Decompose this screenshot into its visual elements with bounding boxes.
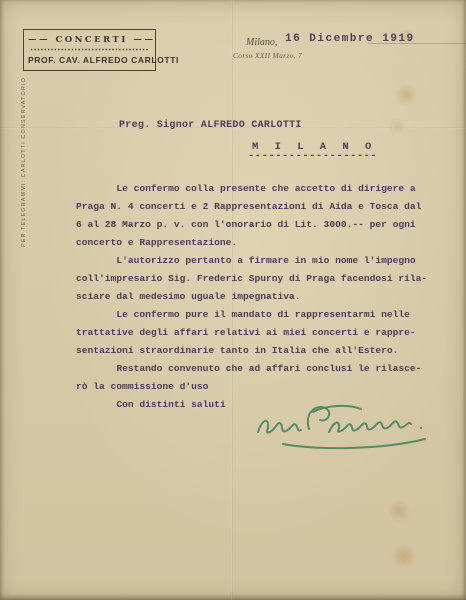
- handwritten-signature: [253, 401, 441, 453]
- stain-spot: [387, 500, 411, 522]
- recipient-line: Preg. Signor ALFREDO CARLOTTI: [119, 120, 302, 131]
- telegram-address-vertical: PER TELEGRAMMI: CARLOTTI CONSERVATORIO: [21, 85, 27, 247]
- stain-spot: [394, 84, 418, 106]
- scanned-letter-page: —— CONCERTI —— PROF. CAV. ALFREDO CARLOT…: [0, 0, 466, 600]
- letterhead-dotted-rule: [30, 48, 149, 51]
- printed-street-address: Corso XXII Marzo, 7: [233, 51, 302, 60]
- recipient-city-underline: -------------------: [248, 150, 377, 162]
- printed-city-label: Milano,: [246, 37, 277, 48]
- letterhead-box: —— CONCERTI —— PROF. CAV. ALFREDO CARLOT…: [23, 29, 156, 71]
- letterhead-title: —— CONCERTI ——: [28, 35, 151, 45]
- stain-spot: [390, 543, 418, 569]
- stain-spot: [388, 118, 406, 134]
- letter-body: Le confermo colla presente che accetto d…: [76, 180, 432, 414]
- date-rule-line: [368, 43, 466, 44]
- letterhead-name: PROF. CAV. ALFREDO CARLOTTI: [28, 55, 151, 65]
